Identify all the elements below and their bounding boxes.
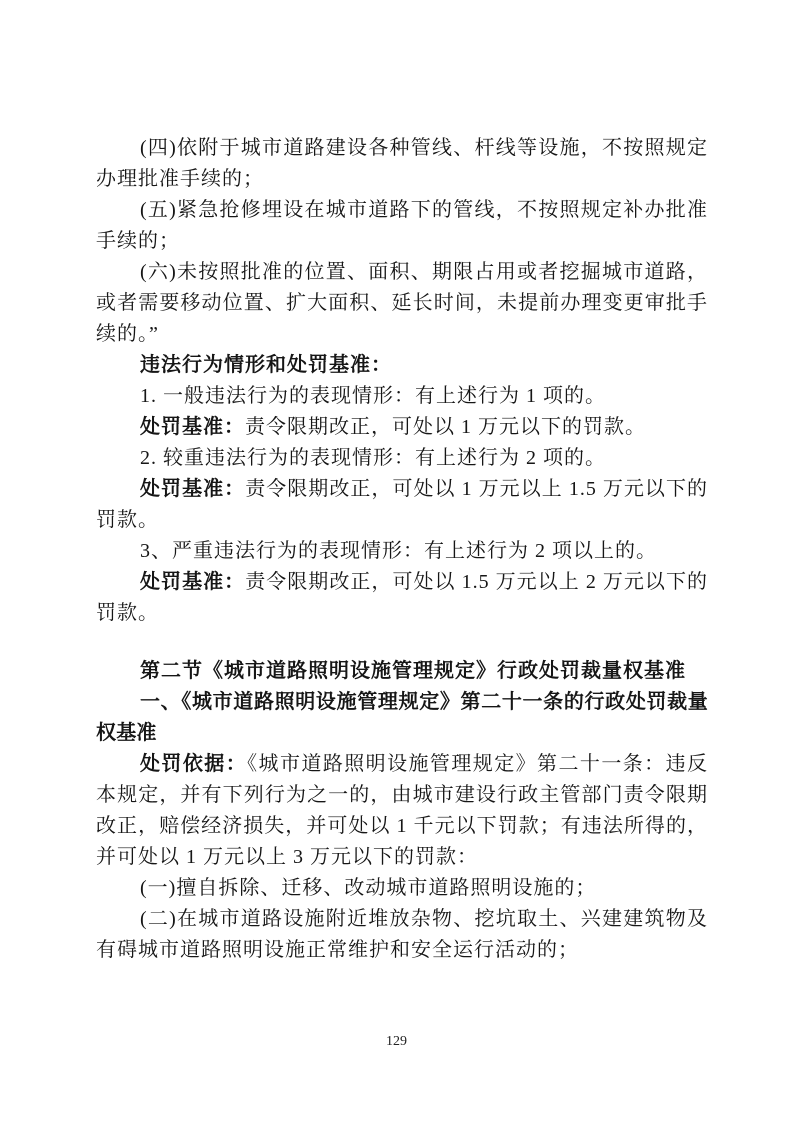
page-number: 129 bbox=[386, 1034, 407, 1049]
penalty-label: 处罚基准： bbox=[140, 478, 245, 500]
document-content: (四)依附于城市道路建设各种管线、杆线等设施，不按照规定办理批准手续的； (五)… bbox=[96, 133, 708, 966]
criteria-heading: 违法行为情形和处罚基准： bbox=[96, 350, 708, 381]
penalty-basis-label: 处罚依据： bbox=[140, 753, 247, 775]
section2-subheading: 一、《城市道路照明设施管理规定》第二十一条的行政处罚裁量权基准 bbox=[96, 687, 708, 749]
penalty-label: 处罚基准： bbox=[140, 416, 245, 438]
clause-1-situation: 1. 一般违法行为的表现情形：有上述行为 1 项的。 bbox=[96, 381, 708, 412]
intro-clause-6: (六)未按照批准的位置、面积、期限占用或者挖掘城市道路，或者需要移动位置、扩大面… bbox=[96, 257, 708, 350]
clause-1-penalty: 处罚基准：责令限期改正，可处以 1 万元以下的罚款。 bbox=[96, 412, 708, 443]
clause-3-situation: 3、严重违法行为的表现情形：有上述行为 2 项以上的。 bbox=[96, 536, 708, 567]
section2-heading: 第二节《城市道路照明设施管理规定》行政处罚裁量权基准 bbox=[96, 656, 708, 687]
prohibited-item-2: (二)在城市道路设施附近堆放杂物、挖坑取土、兴建建筑物及有碍城市道路照明设施正常… bbox=[96, 904, 708, 966]
clause-2-situation: 2. 较重违法行为的表现情形：有上述行为 2 项的。 bbox=[96, 443, 708, 474]
intro-clause-5: (五)紧急抢修埋设在城市道路下的管线，不按照规定补办批准手续的； bbox=[96, 195, 708, 257]
penalty-label: 处罚基准： bbox=[140, 571, 245, 593]
prohibited-item-1: (一)擅自拆除、迁移、改动城市道路照明设施的； bbox=[96, 873, 708, 904]
penalty-basis-paragraph: 处罚依据：《城市道路照明设施管理规定》第二十一条：违反本规定，并有下列行为之一的… bbox=[96, 749, 708, 873]
document-page: (四)依附于城市道路建设各种管线、杆线等设施，不按照规定办理批准手续的； (五)… bbox=[0, 0, 793, 1122]
clause-2-penalty: 处罚基准：责令限期改正，可处以 1 万元以上 1.5 万元以下的罚款。 bbox=[96, 474, 708, 536]
penalty-text: 责令限期改正，可处以 1 万元以下的罚款。 bbox=[245, 416, 646, 438]
page-footer: 129 bbox=[0, 1032, 793, 1052]
intro-clause-4: (四)依附于城市道路建设各种管线、杆线等设施，不按照规定办理批准手续的； bbox=[96, 133, 708, 195]
clause-3-penalty: 处罚基准：责令限期改正，可处以 1.5 万元以上 2 万元以下的罚款。 bbox=[96, 567, 708, 629]
